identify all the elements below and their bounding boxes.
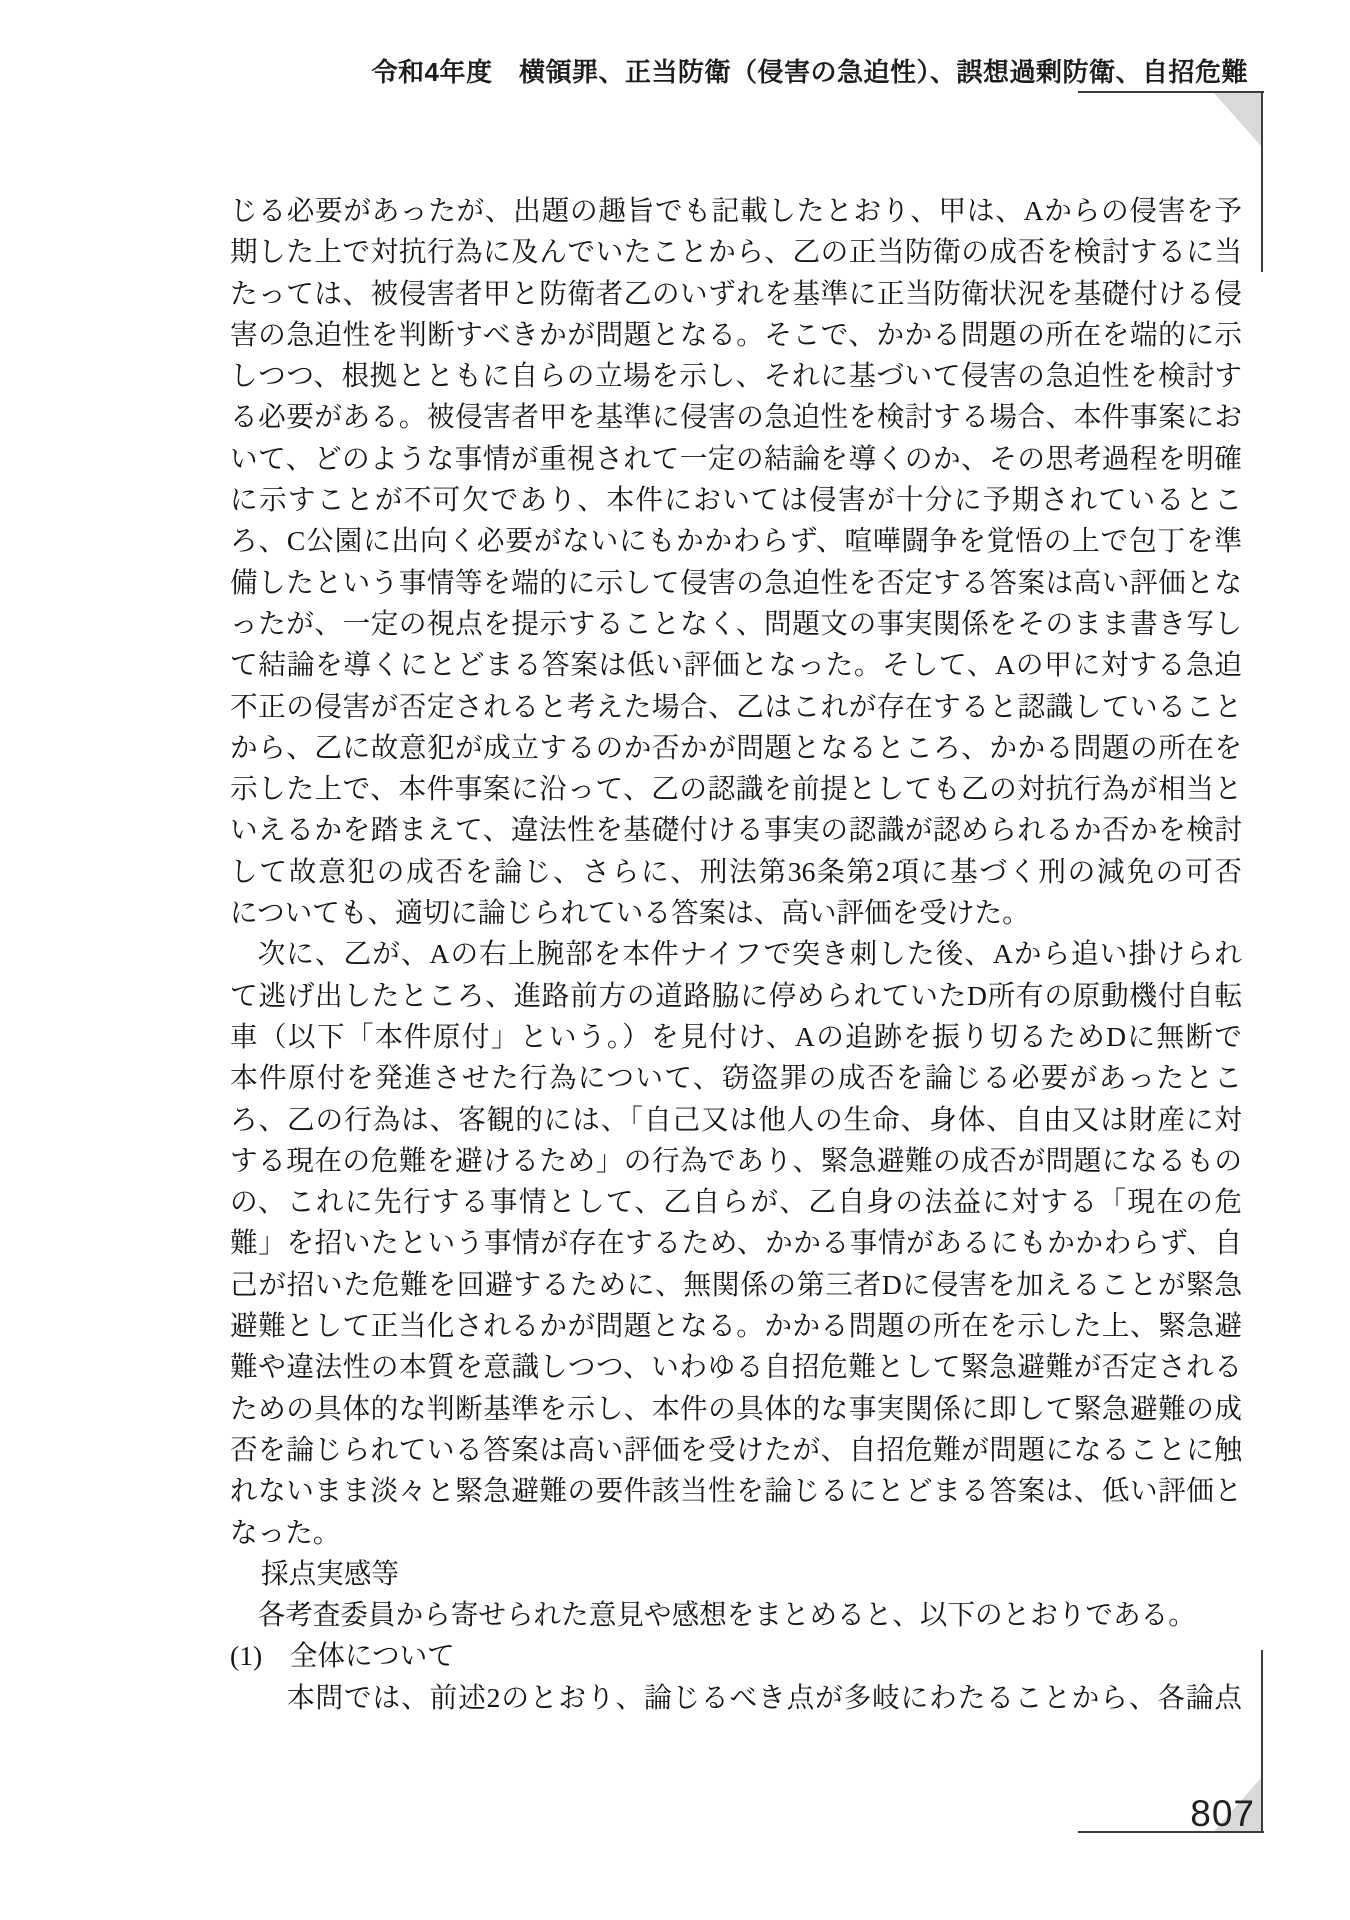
body-text-line: の、これに先行する事情として、乙自らが、乙自身の法益に対する「現在の危 — [230, 1181, 1242, 1222]
body-text-line: る必要がある。被侵害者甲を基準に侵害の急迫性を検討する場合、本件事案にお — [230, 396, 1242, 437]
body-text-line: 避難として正当化されるかが問題となる。かかる問題の所在を示した上、緊急避 — [230, 1305, 1242, 1346]
body-text-line: 次に、乙が、Aの右上腕部を本件ナイフで突き刺した後、Aから追い掛けられ — [230, 933, 1242, 974]
bottom-corner-rule-vertical — [1261, 1650, 1263, 1833]
body-text-block: じる必要があったが、出題の趣旨でも記載したとおり、甲は、Aからの侵害を予期した上… — [230, 190, 1242, 1718]
top-corner-fold-triangle — [1214, 93, 1261, 146]
body-text-line: 不正の侵害が否定されると考えた場合、乙はこれが存在すると認識していること — [230, 686, 1242, 727]
body-text-line: て逃げ出したところ、進路前方の道路脇に停められていたD所有の原動機付自転 — [230, 975, 1242, 1016]
body-text-line: 備したという事情等を端的に示して侵害の急迫性を否定する答案は高い評価とな — [230, 562, 1242, 603]
body-text-line: 否を論じられている答案は高い評価を受けたが、自招危難が問題になることに触 — [230, 1429, 1242, 1470]
body-text-line: 示した上で、本件事案に沿って、乙の認識を前提としても乙の対抗行為が相当と — [230, 768, 1242, 809]
running-head-title: 令和4年度 横領罪、正当防衛（侵害の急迫性）、誤想過剰防衛、自招危難 — [372, 52, 1248, 89]
body-text-line: ための具体的な判断基準を示し、本件の具体的な事実関係に即して緊急避難の成 — [230, 1388, 1242, 1429]
body-text-line: 本問では、前述2のとおり、論じるべき点が多岐にわたることから、各論点 — [230, 1677, 1242, 1718]
body-text-line: 期した上で対抗行為に及んでいたことから、乙の正当防衛の成否を検討するに当 — [230, 231, 1242, 272]
body-text-line: て結論を導くにとどまる答案は低い評価となった。そして、Aの甲に対する急迫 — [230, 644, 1242, 685]
body-text-line: いて、どのような事情が重視されて一定の結論を導くのか、その思考過程を明確 — [230, 438, 1242, 479]
body-text-line: たっては、被侵害者甲と防衛者乙のいずれを基準に正当防衛状況を基礎付ける侵 — [230, 273, 1242, 314]
page-number: 807 — [1190, 1793, 1255, 1835]
body-text-line: 害の急迫性を判断すべきかが問題となる。そこで、かかる問題の所在を端的に示 — [230, 314, 1242, 355]
document-page: 令和4年度 横領罪、正当防衛（侵害の急迫性）、誤想過剰防衛、自招危難 じる必要が… — [0, 0, 1350, 1920]
body-text-line: 難」を招いたという事情が存在するため、かかる事情があるにもかかわらず、自 — [230, 1222, 1242, 1263]
body-text-line: しつつ、根拠とともに自らの立場を示し、それに基づいて侵害の急迫性を検討す — [230, 355, 1242, 396]
body-text-line: ろ、乙の行為は、客観的には、「自己又は他人の生命、身体、自由又は財産に対 — [230, 1099, 1242, 1140]
body-text-line: 難や違法性の本質を意識しつつ、いわゆる自招危難として緊急避難が否定される — [230, 1346, 1242, 1387]
top-corner-rule-horizontal — [1078, 91, 1264, 93]
body-text-line: に示すことが不可欠であり、本件においては侵害が十分に予期されているとこ — [230, 479, 1242, 520]
body-text-line: についても、適切に論じられている答案は、高い評価を受けた。 — [230, 892, 1242, 933]
body-text-line: 本件原付を発進させた行為について、窃盗罪の成否を論じる必要があったとこ — [230, 1057, 1242, 1098]
body-text-line: 各考査委員から寄せられた意見や感想をまとめると、以下のとおりである。 — [230, 1594, 1242, 1635]
body-text-line: (1) 全体について — [230, 1635, 1242, 1676]
top-corner-rule-vertical — [1261, 91, 1263, 272]
body-text-line: して故意犯の成否を論じ、さらに、刑法第36条第2項に基づく刑の減免の可否 — [230, 851, 1242, 892]
body-text-line: 3 採点実感等 — [230, 1553, 1242, 1594]
body-text-line: する現在の危難を避けるため」の行為であり、緊急避難の成否が問題になるもの — [230, 1140, 1242, 1181]
body-text-line: れないまま淡々と緊急避難の要件該当性を論じるにとどまる答案は、低い評価と — [230, 1470, 1242, 1511]
body-text-line: ったが、一定の視点を提示することなく、問題文の事実関係をそのまま書き写し — [230, 603, 1242, 644]
body-text-line: じる必要があったが、出題の趣旨でも記載したとおり、甲は、Aからの侵害を予 — [230, 190, 1242, 231]
body-text-line: なった。 — [230, 1512, 1242, 1553]
body-text-line: 己が招いた危難を回避するために、無関係の第三者Dに侵害を加えることが緊急 — [230, 1264, 1242, 1305]
body-text-line: いえるかを踏まえて、違法性を基礎付ける事実の認識が認められるか否かを検討 — [230, 809, 1242, 850]
body-text-line: ろ、C公園に出向く必要がないにもかかわらず、喧嘩闘争を覚悟の上で包丁を準 — [230, 520, 1242, 561]
body-text-line: 車（以下「本件原付」という。）を見付け、Aの追跡を振り切るためDに無断で — [230, 1016, 1242, 1057]
body-text-line: から、乙に故意犯が成立するのか否かが問題となるところ、かかる問題の所在を — [230, 727, 1242, 768]
